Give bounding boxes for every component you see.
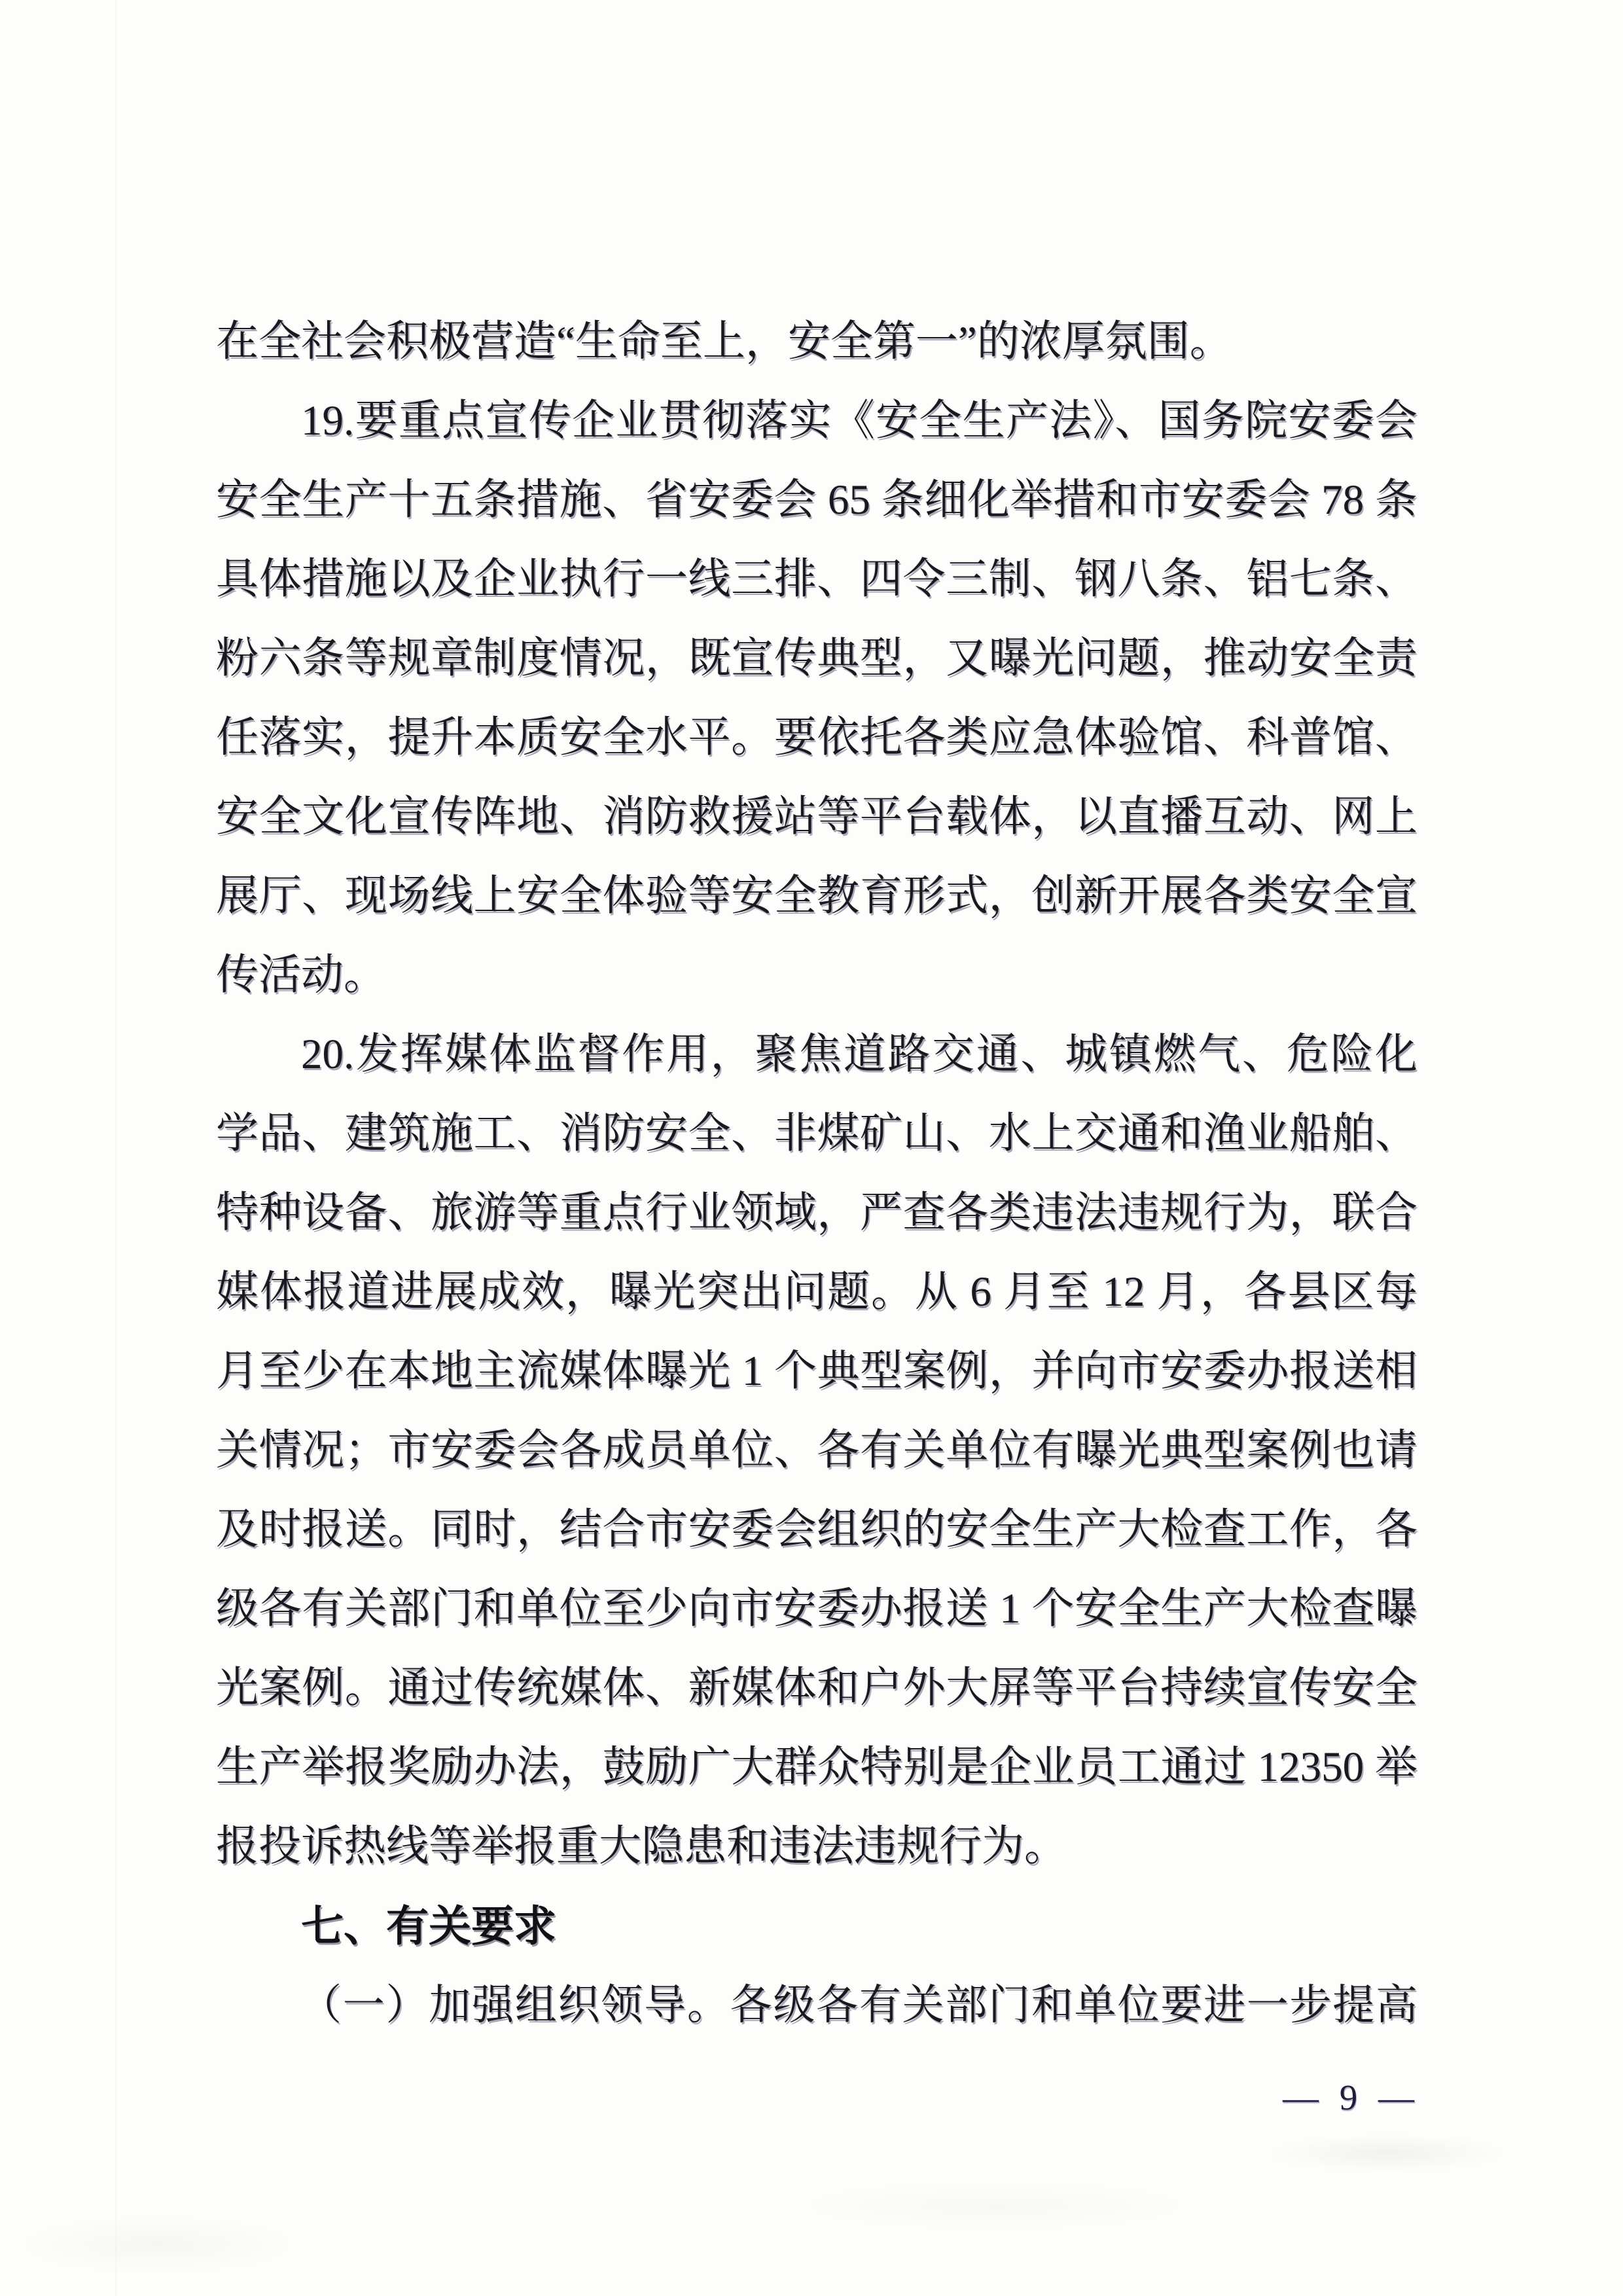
text-line: 安全文化宣传阵地、消防救援站等平台载体，以直播互动、网上	[216, 778, 1418, 857]
section-heading: 七、有关要求	[216, 1886, 1418, 1965]
text-line: 及时报送。同时，结合市安委会组织的安全生产大检查工作，各	[216, 1490, 1418, 1570]
text-line: 媒体报道进展成效，曝光突出问题。从 6 月至 12 月，各县区每	[216, 1253, 1418, 1332]
text-line: 展厅、现场线上安全体验等安全教育形式，创新开展各类安全宣	[216, 857, 1418, 936]
text-line: 具体措施以及企业执行一线三排、四令三制、钢八条、铝七条、	[216, 540, 1418, 619]
text-line: 安全生产十五条措施、省安委会 65 条细化举措和市安委会 78 条	[216, 461, 1418, 540]
text-line: 级各有关部门和单位至少向市安委办报送 1 个安全生产大检查曝	[216, 1570, 1418, 1649]
text-line: 传活动。	[216, 936, 1418, 1015]
text-line: 关情况；市安委会各成员单位、各有关单位有曝光典型案例也请	[216, 1411, 1418, 1490]
page-number: — 9 —	[1276, 2073, 1427, 2122]
text-line: 报投诉热线等举报重大隐患和违法违规行为。	[216, 1807, 1418, 1886]
text-line: 任落实，提升本质安全水平。要依托各类应急体验馆、科普馆、	[216, 698, 1418, 778]
text-line: 月至少在本地主流媒体曝光 1 个典型案例，并向市安委办报送相	[216, 1332, 1418, 1411]
text-line: 粉六条等规章制度情况，既宣传典型，又曝光问题，推动安全责	[216, 619, 1418, 698]
text-line: 生产举报奖励办法，鼓励广大群众特别是企业员工通过 12350 举	[216, 1728, 1418, 1807]
text-line: （一）加强组织领导。各级各有关部门和单位要进一步提高	[216, 1965, 1418, 2045]
text-line: 学品、建筑施工、消防安全、非煤矿山、水上交通和渔业船舶、	[216, 1094, 1418, 1174]
text-line: 19.要重点宣传企业贯彻落实《安全生产法》、国务院安委会	[216, 382, 1418, 461]
scanned-document-page: 在全社会积极营造“生命至上，安全第一”的浓厚氛围。 19.要重点宣传企业贯彻落实…	[0, 0, 1623, 2296]
text-line: 光案例。通过传统媒体、新媒体和户外大屏等平台持续宣传安全	[216, 1649, 1418, 1728]
text-line: 20.发挥媒体监督作用，聚焦道路交通、城镇燃气、危险化	[216, 1015, 1418, 1094]
document-body: 在全社会积极营造“生命至上，安全第一”的浓厚氛围。 19.要重点宣传企业贯彻落实…	[216, 302, 1418, 2045]
text-line: 在全社会积极营造“生命至上，安全第一”的浓厚氛围。	[216, 302, 1418, 382]
text-line: 特种设备、旅游等重点行业领域，严查各类违法违规行为，联合	[216, 1174, 1418, 1253]
